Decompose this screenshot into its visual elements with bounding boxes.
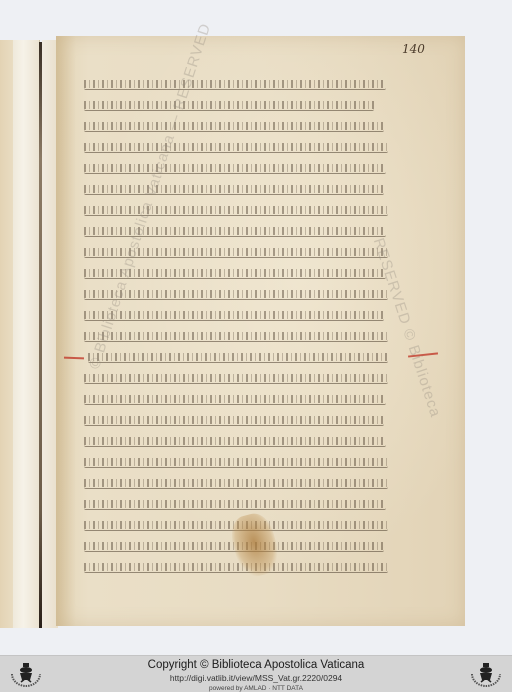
text-line — [84, 433, 386, 447]
page-edge-wear — [56, 36, 76, 626]
text-line — [84, 454, 388, 468]
text-line — [84, 202, 388, 216]
text-line — [84, 181, 384, 195]
text-line — [88, 349, 388, 363]
text-line — [84, 370, 388, 384]
text-line — [84, 475, 388, 489]
text-line — [84, 139, 388, 153]
text-line — [84, 286, 388, 300]
permalink-url[interactable]: http://digi.vatlib.it/view/MSS_Vat.gr.22… — [0, 673, 512, 683]
text-line — [84, 160, 386, 174]
powered-by-text: powered by AMLAD · NTT DATA — [0, 685, 512, 692]
text-line — [84, 76, 386, 90]
text-line — [84, 391, 386, 405]
manuscript-page: 140 © Biblioteca Apostolica Vaticana — R… — [56, 36, 465, 626]
vatican-library-logo-icon — [468, 660, 504, 690]
image-viewer[interactable]: 140 © Biblioteca Apostolica Vaticana — R… — [0, 0, 512, 655]
text-line — [84, 412, 384, 426]
binding-guard-strip — [13, 40, 40, 628]
text-line — [84, 307, 384, 321]
copyright-text: Copyright © Biblioteca Apostolica Vatica… — [0, 659, 512, 671]
text-line — [84, 97, 374, 111]
previous-leaf-edge — [0, 40, 13, 628]
text-line — [84, 328, 388, 342]
text-line — [84, 118, 384, 132]
text-line — [84, 496, 386, 510]
text-line — [84, 559, 388, 573]
folio-number: 140 — [402, 42, 425, 56]
copyright-footer: Copyright © Biblioteca Apostolica Vatica… — [0, 655, 512, 692]
